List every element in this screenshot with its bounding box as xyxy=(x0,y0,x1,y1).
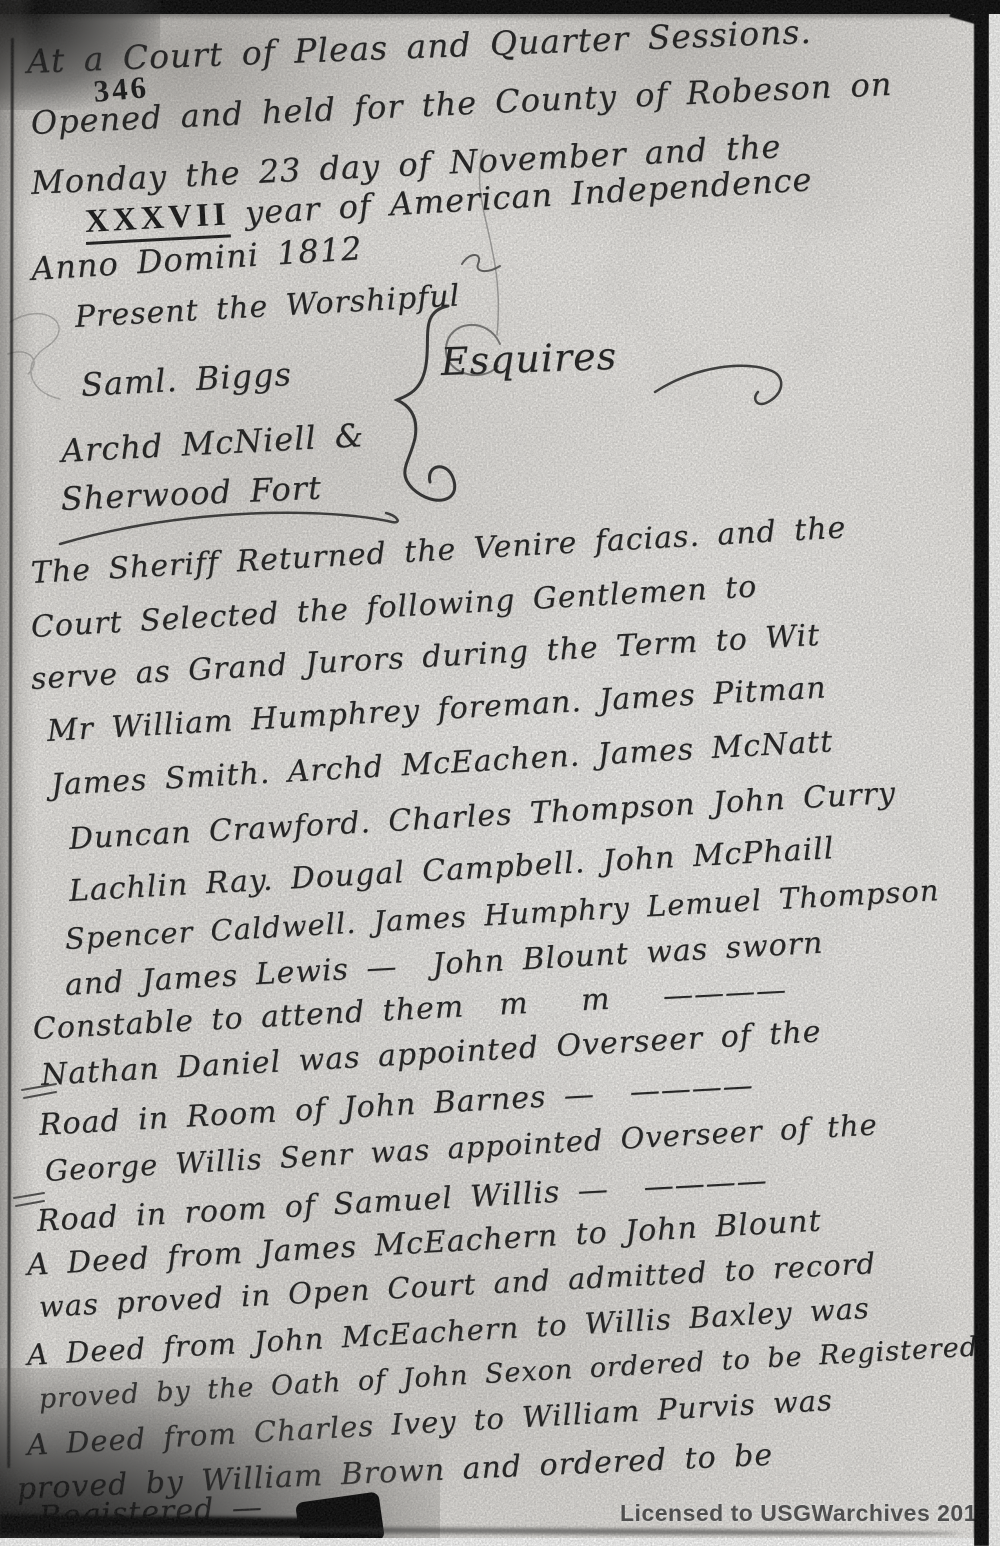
date-squiggle xyxy=(462,255,500,271)
justices-brace xyxy=(397,306,455,500)
scan-right-margin xyxy=(989,14,1000,1546)
scan-bottom-margin xyxy=(0,1538,974,1546)
margin-scribble xyxy=(8,314,60,399)
year-roman-numeral: XXXVII xyxy=(84,196,231,245)
esquires-dash-flourish xyxy=(655,366,781,404)
justice-name-2: Archd McNiell & xyxy=(60,416,365,470)
scan-edge-right-bar-hook xyxy=(949,8,980,25)
present-heading: Present the Worshipful xyxy=(74,278,461,334)
scan-edge-right-bar xyxy=(974,10,989,1546)
justice-name-3: Sherwood Fort xyxy=(60,469,323,518)
scan-edge-left-shading xyxy=(0,0,36,1546)
scan-edge-left-line xyxy=(7,38,14,1468)
watermark: Licensed to USGWarchives 2013 xyxy=(620,1500,990,1527)
justice-name-1: Saml. Biggs xyxy=(80,355,293,404)
ink-blot-bottom xyxy=(295,1491,385,1546)
manuscript-page-scan: At a Court of Pleas and Quarter Sessions… xyxy=(0,0,1000,1546)
esquires-label: Esquires xyxy=(440,334,618,384)
scan-edge-top xyxy=(0,0,1000,14)
